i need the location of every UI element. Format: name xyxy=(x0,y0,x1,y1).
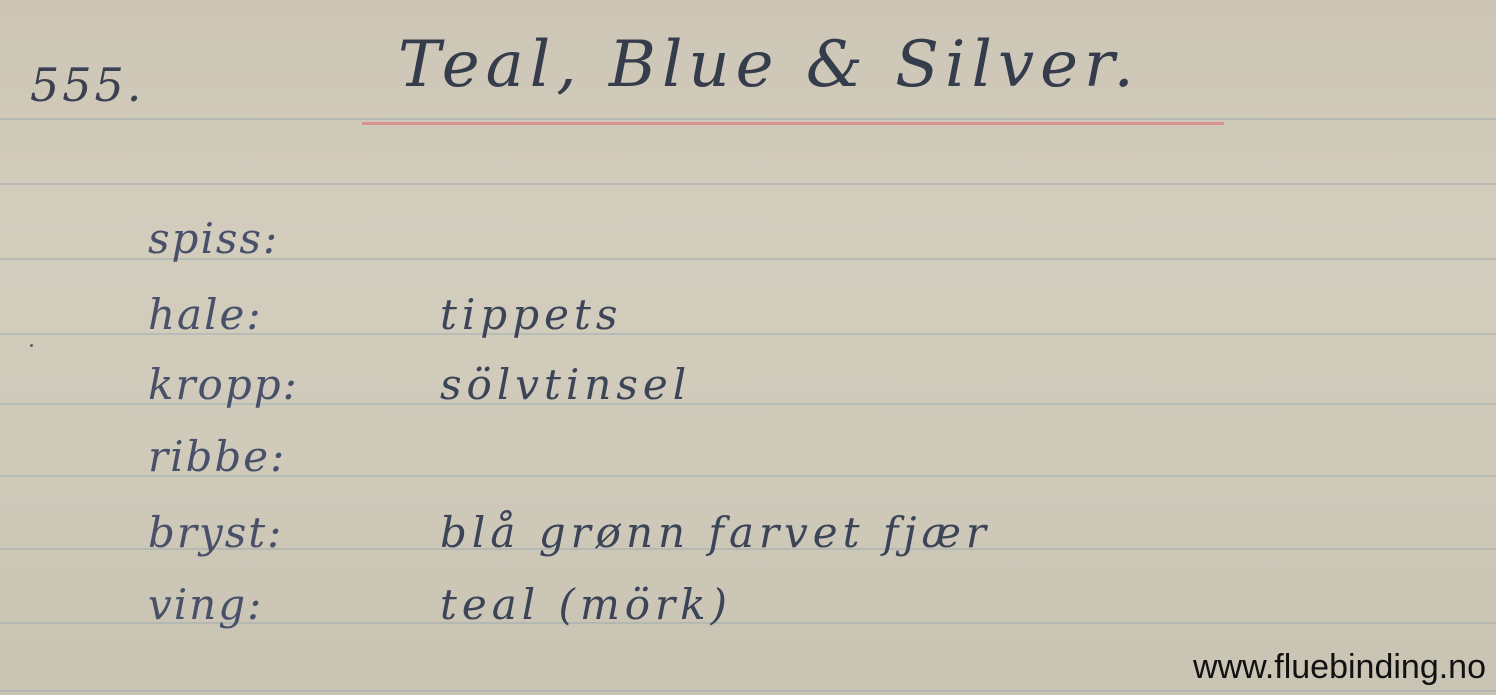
field-value-ving: teal (mörk) xyxy=(440,580,732,629)
field-label-ribbe: ribbe: xyxy=(148,432,286,481)
ruled-line xyxy=(0,118,1496,120)
field-label-spiss: spiss: xyxy=(148,214,279,263)
field-value-kropp: sölvtinsel xyxy=(440,360,691,409)
entry-number: 555. xyxy=(30,58,144,112)
field-value-hale: tippets xyxy=(440,290,622,339)
field-label-ving: ving: xyxy=(148,580,263,629)
field-value-bryst: blå grønn farvet fjær xyxy=(440,508,991,557)
ruled-line xyxy=(0,690,1496,692)
website-watermark: www.fluebinding.no xyxy=(1193,648,1486,687)
ink-speck xyxy=(30,344,33,347)
notebook-page: 555. Teal, Blue & Silver. spiss: hale: k… xyxy=(0,0,1496,695)
field-label-bryst: bryst: xyxy=(148,508,283,557)
ruled-line xyxy=(0,183,1496,185)
fly-title: Teal, Blue & Silver. xyxy=(398,28,1140,102)
field-label-hale: hale: xyxy=(148,290,263,339)
field-label-kropp: kropp: xyxy=(148,360,299,409)
title-underline xyxy=(362,122,1224,125)
